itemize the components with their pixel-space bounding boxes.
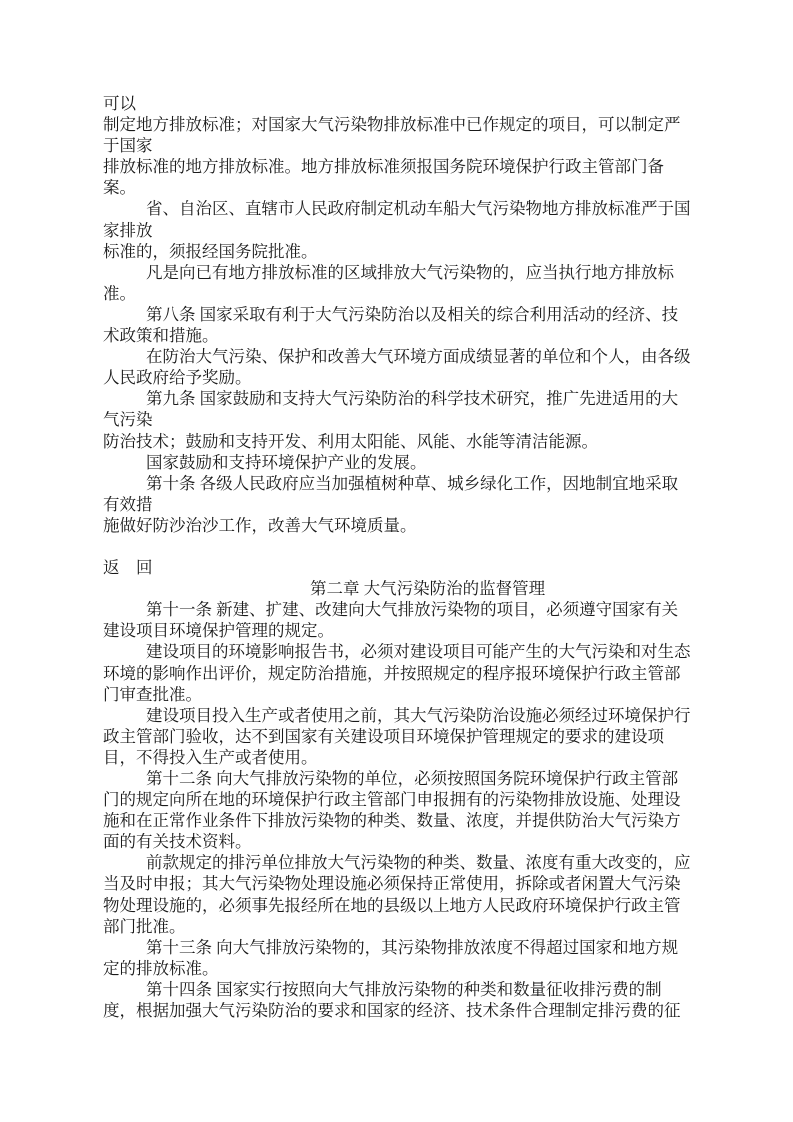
text-line: 人民政府给予奖励。 (103, 367, 691, 388)
text-line: 前款规定的排污单位排放大气污染物的种类、数量、浓度有重大改变的，应 (103, 852, 691, 873)
text-line: 凡是向已有地方排放标准的区域排放大气污染物的，应当执行地方排放标 (103, 262, 691, 283)
text-line: 政主管部门验收，达不到国家有关建设项目环境保护管理规定的要求的建设项 (103, 726, 691, 747)
blank-line (103, 536, 691, 557)
text-line: 目，不得投入生产或者使用。 (103, 747, 691, 768)
document-body: 可以制定地方排放标准；对国家大气污染物排放标准中已作规定的项目，可以制定严于国家… (103, 93, 691, 1021)
text-line: 标准的，须报经国务院批准。 (103, 241, 691, 262)
article-13-line: 第十三条 向大气排放污染物的，其污染物排放浓度不得超过国家和地方规 (103, 937, 691, 958)
text-line: 建设项目环境保护管理的规定。 (103, 620, 691, 641)
text-line: 建设项目的环境影响报告书，必须对建设项目可能产生的大气污染和对生态 (103, 641, 691, 662)
text-line: 建设项目投入生产或者使用之前，其大气污染防治设施必须经过环境保护行 (103, 705, 691, 726)
text-line: 在防治大气污染、保护和改善大气环境方面成绩显著的单位和个人，由各级 (103, 346, 691, 367)
article-14-line: 第十四条 国家实行按照向大气排放污染物的种类和数量征收排污费的制 (103, 979, 691, 1000)
text-line: 部门批准。 (103, 916, 691, 937)
text-line: 气污染 (103, 409, 691, 430)
text-line: 施和在正常作业条件下排放污染物的种类、数量、浓度，并提供防治大气污染方 (103, 810, 691, 831)
text-line: 省、自治区、直辖市人民政府制定机动车船大气污染物地方排放标准严于国 (103, 198, 691, 219)
text-line: 术政策和措施。 (103, 325, 691, 346)
text-line: 定的排放标准。 (103, 958, 691, 979)
text-line: 当及时申报；其大气污染物处理设施必须保持正常使用，拆除或者闲置大气污染 (103, 873, 691, 894)
text-line: 门的规定向所在地的环境保护行政主管部门申报拥有的污染物排放设施、处理设 (103, 789, 691, 810)
text-line: 可以 (103, 93, 691, 114)
text-line: 排放标准的地方排放标准。地方排放标准须报国务院环境保护行政主管部门备 (103, 156, 691, 177)
article-12-line: 第十二条 向大气排放污染物的单位，必须按照国务院环境保护行政主管部 (103, 768, 691, 789)
text-line: 物处理设施的，必须事先报经所在地的县级以上地方人民政府环境保护行政主管 (103, 895, 691, 916)
text-line: 于国家 (103, 135, 691, 156)
article-11-line: 第十一条 新建、扩建、改建向大气排放污染物的项目，必须遵守国家有关 (103, 599, 691, 620)
text-line: 度，根据加强大气污染防治的要求和国家的经济、技术条件合理制定排污费的征 (103, 1000, 691, 1021)
text-line: 制定地方排放标准；对国家大气污染物排放标准中已作规定的项目，可以制定严 (103, 114, 691, 135)
article-8-line: 第八条 国家采取有利于大气污染防治以及相关的综合利用活动的经济、技 (103, 304, 691, 325)
text-line: 国家鼓励和支持环境保护产业的发展。 (103, 452, 691, 473)
text-line: 案。 (103, 177, 691, 198)
text-line: 面的有关技术资料。 (103, 831, 691, 852)
article-9-line: 第九条 国家鼓励和支持大气污染防治的科学技术研究，推广先进适用的大 (103, 388, 691, 409)
article-10-line: 第十条 各级人民政府应当加强植树种草、城乡绿化工作，因地制宜地采取 (103, 473, 691, 494)
back-link[interactable]: 返 回 (103, 557, 691, 578)
text-line: 防治技术；鼓励和支持开发、利用太阳能、风能、水能等清洁能源。 (103, 431, 691, 452)
text-line: 准。 (103, 283, 691, 304)
text-line: 家排放 (103, 220, 691, 241)
text-line: 环境的影响作出评价，规定防治措施，并按照规定的程序报环境保护行政主管部 (103, 663, 691, 684)
text-line: 有效措 (103, 494, 691, 515)
chapter-heading: 第二章 大气污染防治的监督管理 (103, 578, 691, 599)
text-line: 施做好防沙治沙工作，改善大气环境质量。 (103, 515, 691, 536)
text-line: 门审查批准。 (103, 684, 691, 705)
